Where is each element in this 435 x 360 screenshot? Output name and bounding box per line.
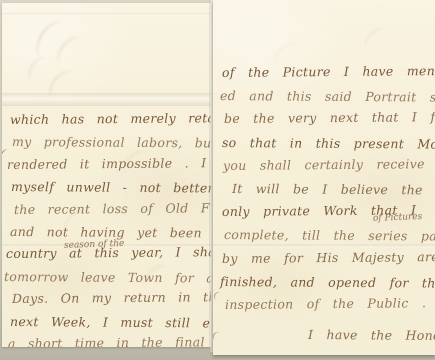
handwritten-line: a short time in the final completion (8, 331, 211, 347)
letter-scan: which has not merely retarded my profess… (0, 0, 435, 360)
closing-line: I have the Honor (308, 323, 435, 347)
handwritten-line: which has not merely retarded (10, 107, 211, 131)
fold-crease (2, 93, 211, 106)
handwritten-line: by me for His Majesty are (222, 244, 435, 269)
bleed-through-mark (360, 23, 396, 58)
handwritten-line: inspection of the Public . (225, 291, 435, 316)
handwritten-line: be the very next that I finish (224, 105, 435, 130)
right-page-text: of the Picture I have mention ed and thi… (222, 61, 435, 346)
handwritten-line: rendered it impossible . I am (7, 152, 211, 177)
interlinear-insertion: of Pictures (373, 212, 423, 224)
interlinear-insertion: season of the (64, 239, 125, 251)
handwritten-line: the recent loss of Old Friends, (14, 197, 211, 221)
handwritten-line: Days. On my return in the (12, 286, 211, 310)
right-page: of the Picture I have mention ed and thi… (213, 0, 435, 355)
handwritten-line: you shall certainly receive it (223, 152, 435, 177)
left-page-text: which has not merely retarded my profess… (10, 109, 211, 347)
handwritten-line: of the Picture I have mention (222, 59, 435, 84)
paper-edge-line (2, 13, 211, 15)
left-page: which has not merely retarded my profess… (2, 3, 211, 347)
